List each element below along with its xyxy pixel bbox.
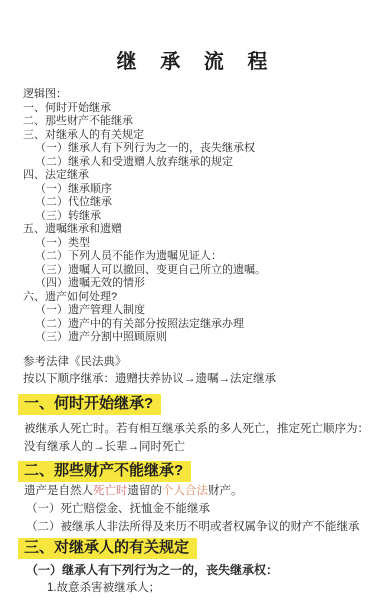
outline-subitem: （三）遗产分割中照顾原则 <box>23 331 374 345</box>
section-2-heading: 二、那些财产不能继承? <box>18 461 191 482</box>
outline-subitem: （三）遗嘱人可以撤回、变更自己所立的遗嘱。 <box>23 264 374 278</box>
outline-subitem: （一）继承人有下列行为之一的，丧失继承权 <box>23 142 374 156</box>
section-1: 一、何时开始继承? <box>0 394 384 415</box>
outline-item: 二、那些财产不能继承 <box>23 115 374 129</box>
emphasis-orange-text: 个人合法 <box>162 485 208 497</box>
section-3-body: （一）继承人有下列行为之一的，丧失继承权： 1.故意杀害被继承人； <box>24 561 376 597</box>
numbered-item: 1.故意杀害被继承人； <box>24 579 376 597</box>
body-line: 遗产是自然人死亡时遗留的个人合法财产。 <box>24 482 376 500</box>
outline-subitem: （四）遗嘱无效的情形 <box>23 277 374 291</box>
page-title: 继 承 流 程 <box>0 50 384 74</box>
body-line: （二）被继承人非法所得及来历不明或者权属争议的财产不能继承 <box>24 518 376 536</box>
outline-item: 三、对继承人的有关规定 <box>23 129 374 143</box>
section-2-body: 遗产是自然人死亡时遗留的个人合法财产。 （一）死亡赔偿金、抚恤金不能继承 （二）… <box>24 482 376 536</box>
outline-item: 五、遗嘱继承和遗赠 <box>23 223 374 237</box>
section-2: 二、那些财产不能继承? <box>0 461 384 482</box>
logic-outline: 逻辑图： 一、何时开始继承 二、那些财产不能继承 三、对继承人的有关规定 （一）… <box>23 88 374 345</box>
outline-subitem: （二）下列人员不能作为遗嘱见证人： <box>23 250 374 264</box>
intro-text: 财产。 <box>208 485 243 497</box>
body-line: 被继承人死亡时。若有相互继承关系的多人死亡，推定死亡顺序为： <box>24 420 376 438</box>
document-page: 继 承 流 程 逻辑图： 一、何时开始继承 二、那些财产不能继承 三、对继承人的… <box>0 0 384 600</box>
intro-text: 遗产是自然人 <box>24 485 93 497</box>
body-line: 没有继承人的→长辈→同时死亡 <box>24 438 376 456</box>
rule-line: （一）继承人有下列行为之一的，丧失继承权： <box>24 561 376 579</box>
outline-subitem: （二）代位继承 <box>23 196 374 210</box>
outline-subitem: （一）继承顺序 <box>23 183 374 197</box>
outline-subitem: （二）继承人和受遗赠人放弃继承的规定 <box>23 156 374 170</box>
outline-subitem: （一）遗产管理人制度 <box>23 304 374 318</box>
outline-subitem: （二）遗产中的有关部分按照法定继承办理 <box>23 318 374 332</box>
outline-subitem: （一）类型 <box>23 237 374 251</box>
outline-label: 逻辑图： <box>23 88 374 102</box>
section-3: 三、对继承人的有关规定 <box>0 538 384 559</box>
section-1-heading: 一、何时开始继承? <box>18 394 161 415</box>
outline-subitem: （三）转继承 <box>23 210 374 224</box>
reference-block: 参考法律《民法典》 按以下顺序继承：遗赠扶养协议→遗嘱→法定继承 <box>23 354 374 388</box>
reference-order: 按以下顺序继承：遗赠扶养协议→遗嘱→法定继承 <box>23 371 374 388</box>
body-line: （一）死亡赔偿金、抚恤金不能继承 <box>24 500 376 518</box>
outline-item: 六、遗产如何处理? <box>23 291 374 305</box>
section-3-heading: 三、对继承人的有关规定 <box>18 538 197 559</box>
section-1-body: 被继承人死亡时。若有相互继承关系的多人死亡，推定死亡顺序为： 没有继承人的→长辈… <box>24 420 376 456</box>
intro-text: 遗留的 <box>128 485 163 497</box>
outline-item: 四、法定继承 <box>23 169 374 183</box>
reference-law: 参考法律《民法典》 <box>23 354 374 371</box>
outline-item: 一、何时开始继承 <box>23 102 374 116</box>
emphasis-red-text: 死亡时 <box>93 485 128 497</box>
